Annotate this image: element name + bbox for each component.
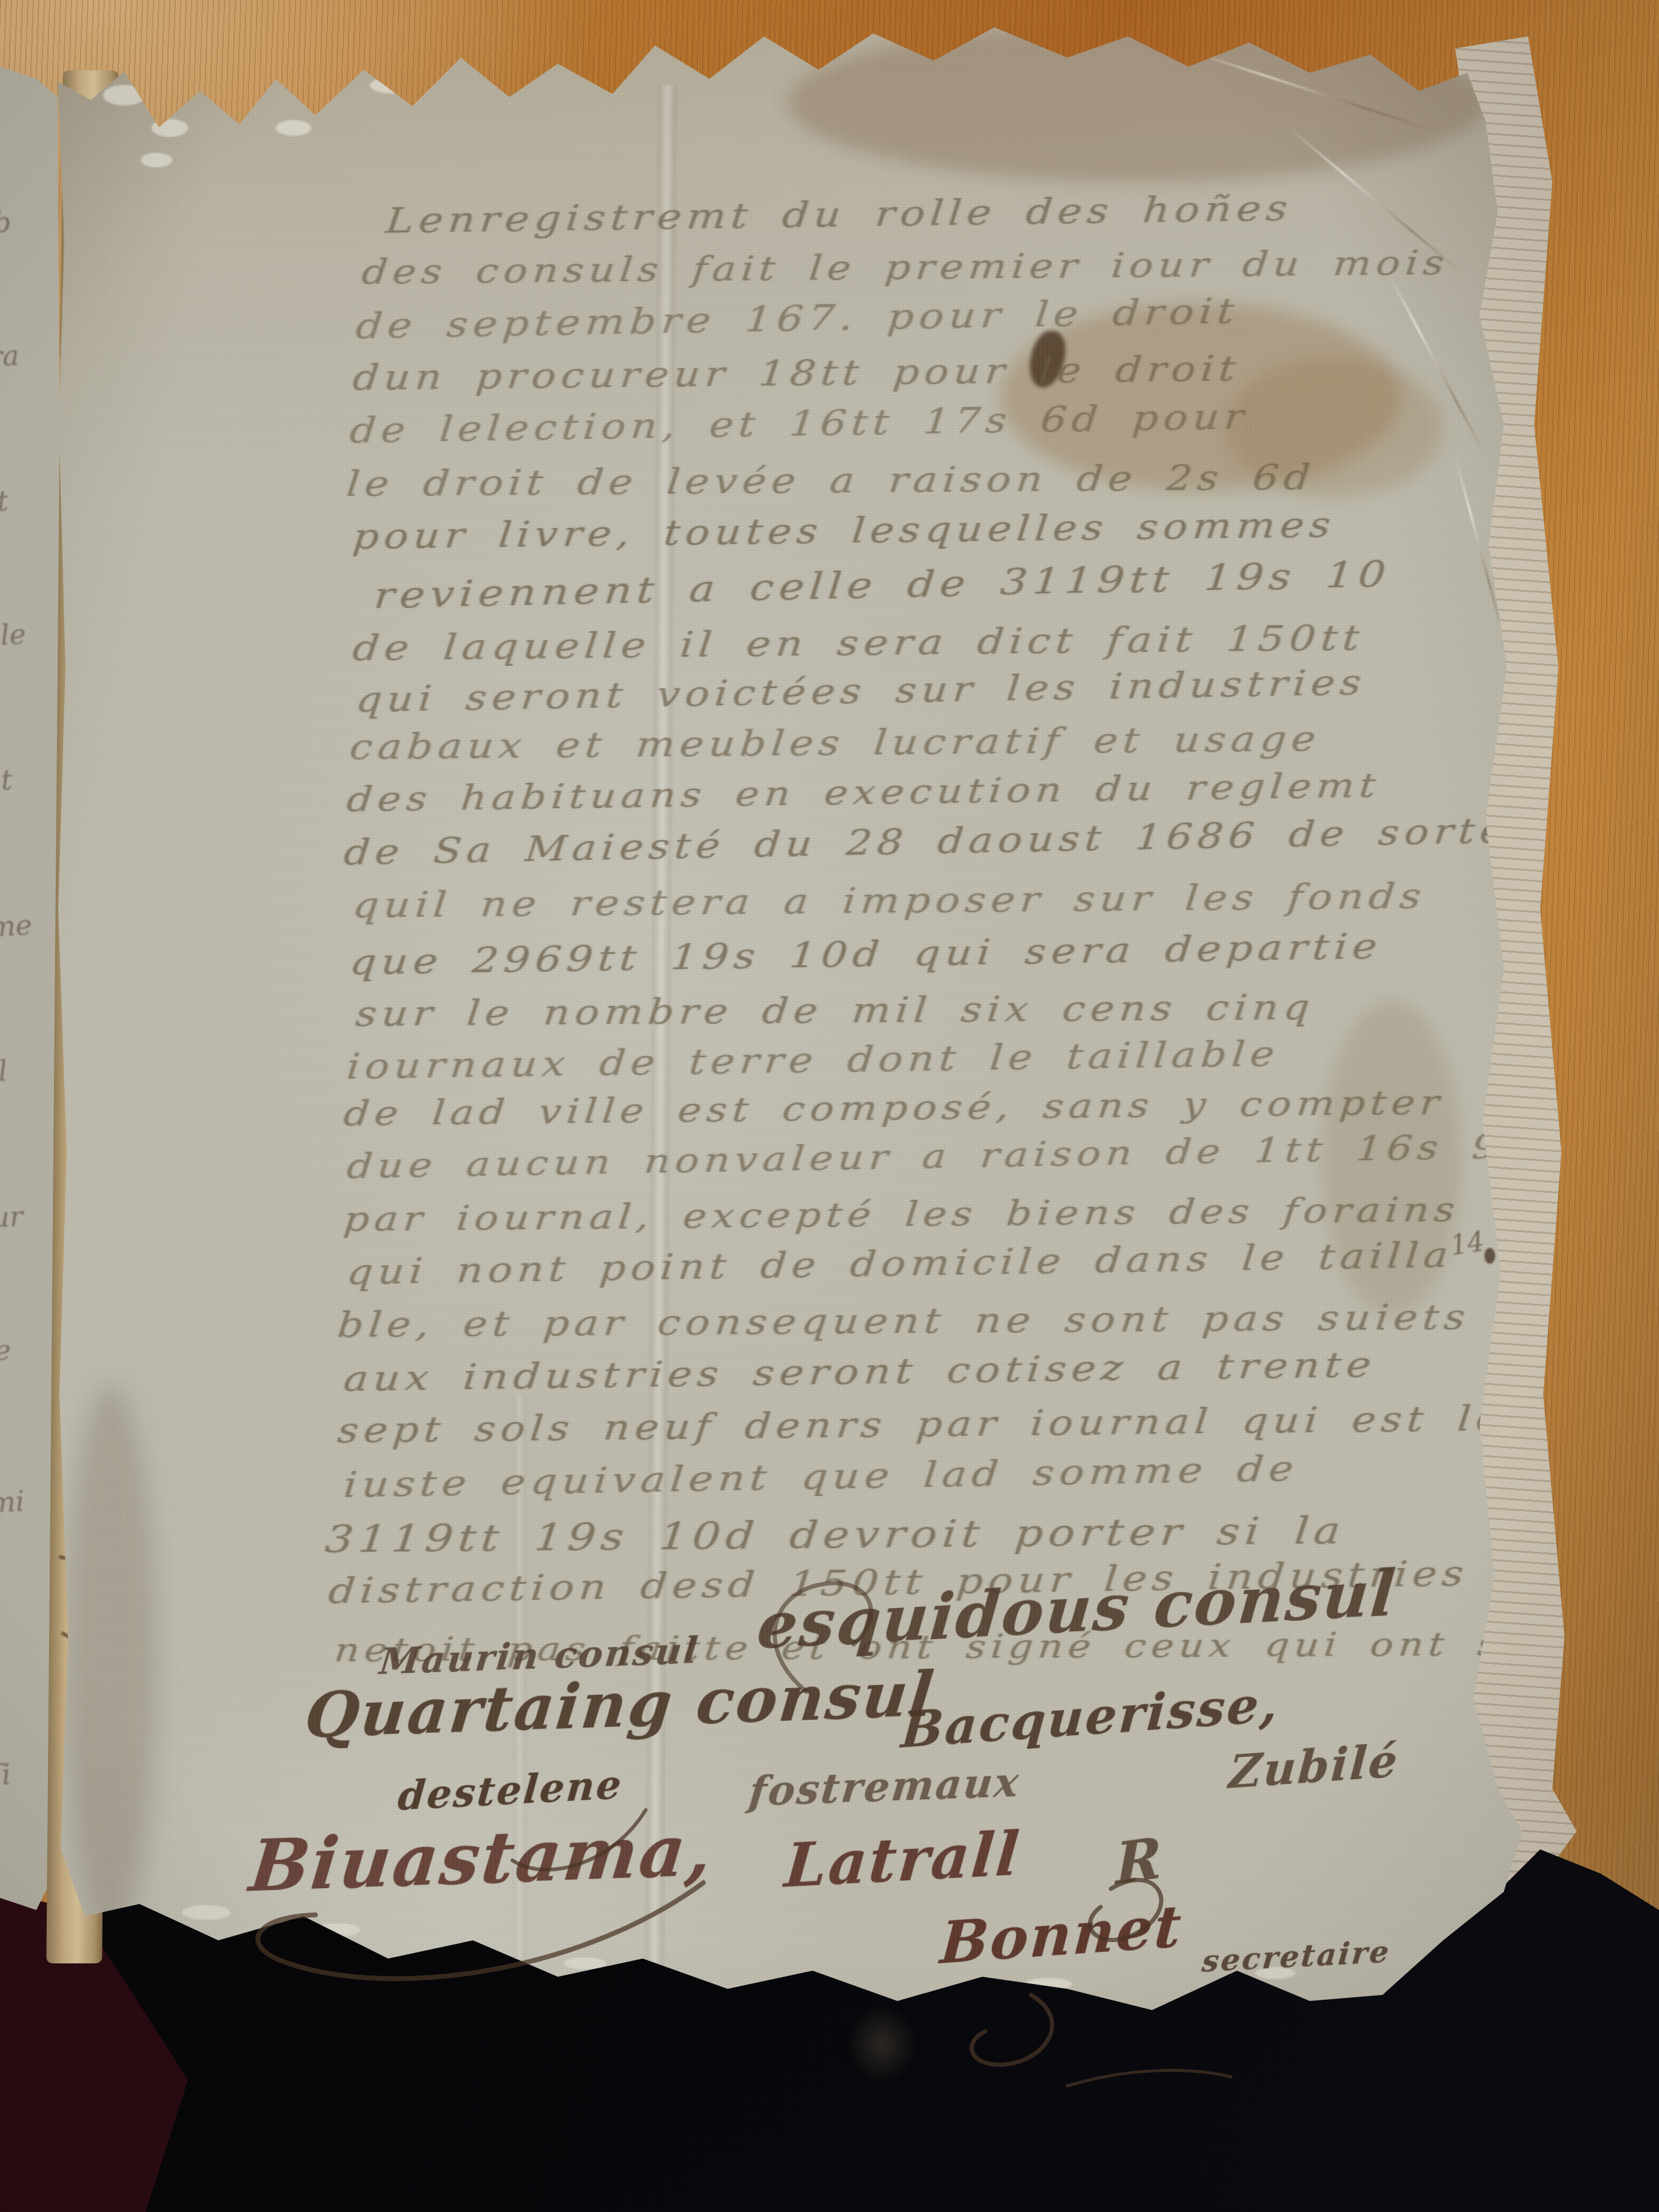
flourish-esquidous	[775, 1583, 871, 1692]
signature-flourishes	[0, 0, 1659, 2212]
flourish-biuastama	[258, 1883, 703, 1979]
flourish-bonnet-underline	[1067, 2070, 1231, 2086]
flourish-latrall-paraph	[1090, 1880, 1161, 1940]
photo-of-manuscript: ſbraetllentmeelurlemi9ſi Lenregistr	[0, 0, 1659, 2212]
flourish-destelene	[512, 1810, 646, 1869]
flourish-bonnet	[971, 1995, 1052, 2065]
